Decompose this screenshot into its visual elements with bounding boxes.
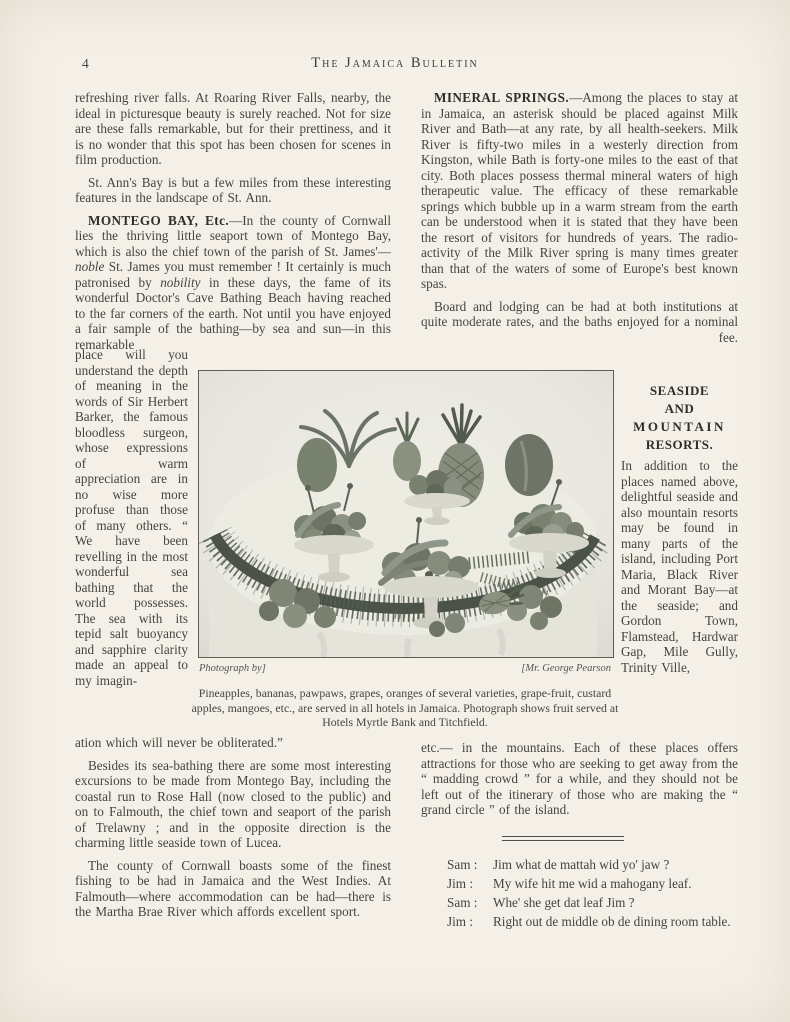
dialogue-line: Jim : My wife hit me wid a mahogany leaf… xyxy=(447,874,747,893)
photo-caption: Pineapples, bananas, pawpaws, grapes, or… xyxy=(185,686,625,730)
paragraph-roaring-river: refreshing river falls. At Roaring River… xyxy=(75,90,391,168)
right-column-bottom: etc.— in the mountains. Each of these pl… xyxy=(421,740,738,825)
photo-credit-left: Photograph by] xyxy=(199,663,266,674)
paragraph-fishing: The county of Cornwall boasts some of th… xyxy=(75,858,391,920)
dialogue-text: Jim what de mattah wid yo' jaw ? xyxy=(493,855,669,874)
dialogue-text: Right out de middle ob de dining room ta… xyxy=(493,912,731,931)
dialogue-text: Whe' she get dat leaf Jim ? xyxy=(493,893,635,912)
double-rule-divider xyxy=(502,836,624,841)
paragraph-mineral-springs: MINERAL SPRINGS.—Among the places to sta… xyxy=(421,90,738,292)
masthead-title: The Jamaica Bulletin xyxy=(0,55,790,72)
melon-icon xyxy=(505,434,553,496)
dialogue-line: Sam : Whe' she get dat leaf Jim ? xyxy=(447,893,747,912)
seaside-wide-text: etc.— in the mountains. Each of these pl… xyxy=(421,740,738,818)
seaside-heading-line4: RESORTS. xyxy=(621,436,738,454)
right-column-narrow: SEASIDE AND MOUNTAIN RESORTS. In additio… xyxy=(621,382,738,682)
mineral-springs-heading: MINERAL SPRINGS. xyxy=(434,90,569,105)
montego-narrow-text: place will you understand the depth of m… xyxy=(75,347,188,688)
dialogue-section: Sam : Jim what de mattah wid yo' jaw ? J… xyxy=(447,855,747,931)
dialogue-line: Sam : Jim what de mattah wid yo' jaw ? xyxy=(447,855,747,874)
montego-tail-text: ation which will never be obliterated.” xyxy=(75,735,391,751)
montego-bay-heading: MONTEGO BAY, Etc. xyxy=(88,213,229,228)
seaside-heading-line3: MOUNTAIN xyxy=(621,418,738,436)
dialogue-text: My wife hit me wid a mahogany leaf. xyxy=(493,874,692,893)
dialogue-line: Jim : Right out de middle ob de dining r… xyxy=(447,912,747,931)
dialogue-speaker: Jim : xyxy=(447,912,493,931)
seaside-heading-line1: SEASIDE xyxy=(621,382,738,400)
dialogue-speaker: Sam : xyxy=(447,893,493,912)
photo-credit-row: Photograph by] [Mr. George Pearson xyxy=(199,663,611,674)
paragraph-board-lodging: Board and lodging can be had at both ins… xyxy=(421,299,738,346)
paragraph-st-anns-bay: St. Ann's Bay is but a few miles from th… xyxy=(75,175,391,206)
dialogue-speaker: Jim : xyxy=(447,874,493,893)
pineapple-icon xyxy=(438,405,484,507)
paragraph-excursions: Besides its sea-bathing there are some m… xyxy=(75,758,391,851)
pineapple-small-icon xyxy=(393,413,421,481)
montego-italic-noble: noble xyxy=(75,259,104,274)
photo-credit-right: [Mr. George Pearson xyxy=(521,663,611,674)
fruit-table-illustration xyxy=(199,371,613,657)
fruit-table-photo xyxy=(198,370,614,658)
left-column-bottom: ation which will never be obliterated.” … xyxy=(75,735,391,927)
seaside-narrow-text: In addition to the places named above, d… xyxy=(621,458,738,675)
dialogue-speaker: Sam : xyxy=(447,855,493,874)
mineral-springs-text: —Among the places to stay at in Jamaica,… xyxy=(421,90,738,291)
pawpaw-icon xyxy=(297,438,337,492)
seaside-resorts-heading: SEASIDE AND MOUNTAIN RESORTS. xyxy=(621,382,738,454)
magazine-page: 4 The Jamaica Bulletin refreshing river … xyxy=(0,0,790,1022)
seaside-heading-line2: AND xyxy=(621,400,738,418)
montego-italic-nobility: nobility xyxy=(160,275,200,290)
right-column-top: MINERAL SPRINGS.—Among the places to sta… xyxy=(421,90,738,352)
left-column-top: refreshing river falls. At Roaring River… xyxy=(75,90,391,359)
paragraph-montego-bay: MONTEGO BAY, Etc.—In the county of Cornw… xyxy=(75,213,391,353)
left-column-narrow: place will you understand the depth of m… xyxy=(75,347,188,695)
